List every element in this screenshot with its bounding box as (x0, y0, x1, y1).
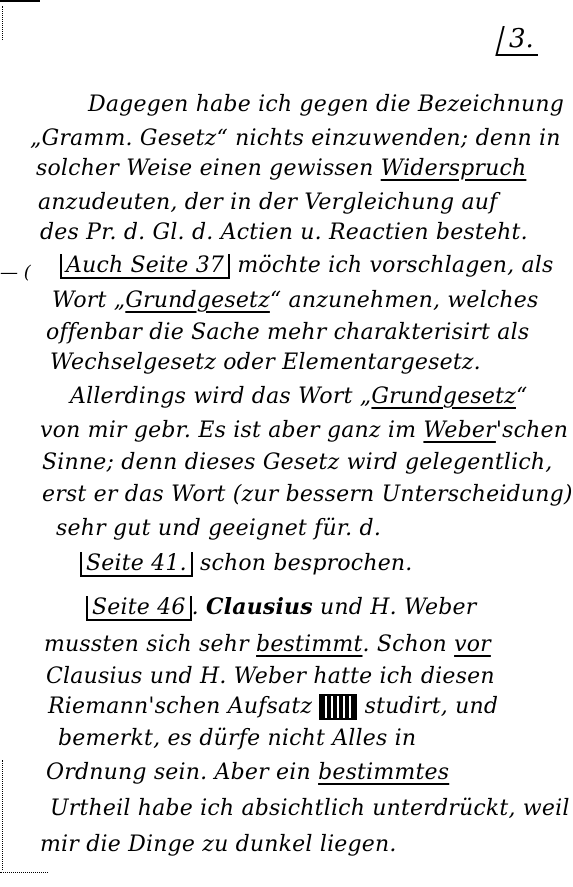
manuscript-line: Riemann'schen Aufsatz studirt, und (48, 694, 498, 720)
manuscript-line: Urtheil habe ich absichtlich unterdrückt… (50, 798, 570, 820)
manuscript-page: 3. — ( Dagegen habe ich gegen die Bezeic… (0, 0, 573, 887)
underlined-word: vor (454, 632, 491, 657)
underlined-word: Grundgesetz (125, 288, 270, 313)
page-reference-box: Seite 46 (86, 596, 192, 621)
line-text: studirt, und (365, 694, 499, 719)
line-text: erst er das Wort (zur bessern Unterschei… (42, 482, 573, 507)
manuscript-line: anzudeuten, der in der Vergleichung auf (38, 192, 497, 214)
line-text: sehr gut und geeignet für. d. (56, 516, 381, 541)
scan-corner-mark (0, 0, 40, 6)
line-text: und H. Weber (313, 595, 477, 620)
manuscript-line: Seite 41. schon besprochen. (80, 552, 412, 577)
line-text: Riemann'schen Aufsatz (48, 694, 312, 719)
line-text: Allerdings wird das Wort „ (70, 384, 371, 409)
line-text: von mir gebr. Es ist aber ganz im (40, 418, 416, 443)
line-text: des Pr. d. Gl. d. Actien u. Reactien bes… (40, 220, 528, 245)
manuscript-line: bemerkt, es dürfe nicht Alles in (58, 728, 416, 750)
line-text: möchte ich vorschlagen, als (237, 253, 553, 278)
manuscript-line: Seite 46. Clausius und H. Weber (86, 596, 476, 621)
manuscript-line: offenbar die Sache mehr charakterisirt a… (46, 322, 529, 344)
manuscript-line: Ordnung sein. Aber ein bestimmtes (46, 762, 449, 784)
line-text: Wort „ (52, 288, 125, 313)
line-text: mussten sich sehr (44, 632, 249, 657)
underlined-word: bestimmt (256, 632, 362, 657)
line-text: Urtheil habe ich absichtlich unterdrückt… (50, 796, 570, 821)
margin-note: — ( (0, 262, 31, 283)
manuscript-line: Wechselgesetz oder Elementargesetz. (50, 352, 481, 374)
struck-out-word (319, 694, 357, 720)
manuscript-line: von mir gebr. Es ist aber ganz im Weber'… (40, 420, 568, 442)
line-text: Sinne; denn dieses Gesetz wird gelegentl… (42, 450, 552, 475)
underlined-word: bestimmtes (318, 760, 449, 785)
manuscript-line: erst er das Wort (zur bessern Unterschei… (42, 484, 573, 506)
manuscript-line: Clausius und H. Weber hatte ich diesen (46, 666, 495, 688)
manuscript-line: Dagegen habe ich gegen die Bezeichnung (88, 94, 564, 116)
line-text: anzudeuten, der in der Vergleichung auf (38, 190, 497, 215)
line-text: bemerkt, es dürfe nicht Alles in (58, 726, 416, 751)
underlined-word: Grundgesetz (371, 384, 516, 409)
line-text: . Schon (362, 632, 446, 657)
page-number: 3. (497, 24, 538, 56)
manuscript-line: „Gramm. Gesetz“ nichts einzuwenden; denn… (30, 128, 561, 150)
scan-edge-dots (2, 6, 5, 40)
manuscript-line: Allerdings wird das Wort „Grundgesetz“ (70, 386, 527, 408)
page-reference-box: Auch Seite 37 (60, 254, 230, 279)
manuscript-line: solcher Weise einen gewissen Widerspruch (36, 158, 526, 180)
line-text: “ anzunehmen, welches (270, 288, 539, 313)
scan-edge-dots (0, 872, 48, 873)
manuscript-line: des Pr. d. Gl. d. Actien u. Reactien bes… (40, 222, 528, 244)
line-text: Ordnung sein. Aber ein (46, 760, 311, 785)
line-text: Dagegen habe ich gegen die Bezeichnung (88, 92, 564, 117)
manuscript-line: mussten sich sehr bestimmt. Schon vor (44, 634, 491, 656)
line-text: “ (516, 384, 527, 409)
line-text: schon besprochen. (200, 551, 413, 576)
line-text: Wechselgesetz oder Elementargesetz. (50, 350, 481, 375)
manuscript-line: Wort „Grundgesetz“ anzunehmen, welches (52, 290, 538, 312)
line-text: solcher Weise einen gewissen (36, 156, 374, 181)
line-text: mir die Dinge zu dunkel liegen. (40, 832, 397, 857)
line-text: . (192, 595, 206, 620)
page-reference-box: Seite 41. (80, 552, 193, 577)
underlined-word: Weber (423, 418, 495, 443)
scan-edge-dots (2, 760, 3, 870)
manuscript-line: Auch Seite 37 möchte ich vorschlagen, al… (60, 254, 554, 279)
line-text: 'schen (496, 418, 568, 443)
manuscript-line: mir die Dinge zu dunkel liegen. (40, 834, 397, 856)
line-text: Clausius und H. Weber hatte ich diesen (46, 664, 495, 689)
line-text: offenbar die Sache mehr charakterisirt a… (46, 320, 529, 345)
manuscript-line: sehr gut und geeignet für. d. (56, 518, 381, 540)
bold-name: Clausius (206, 594, 313, 620)
underlined-word: Widerspruch (381, 156, 527, 181)
manuscript-line: Sinne; denn dieses Gesetz wird gelegentl… (42, 452, 552, 474)
line-text: „Gramm. Gesetz“ nichts einzuwenden; denn… (30, 126, 561, 151)
